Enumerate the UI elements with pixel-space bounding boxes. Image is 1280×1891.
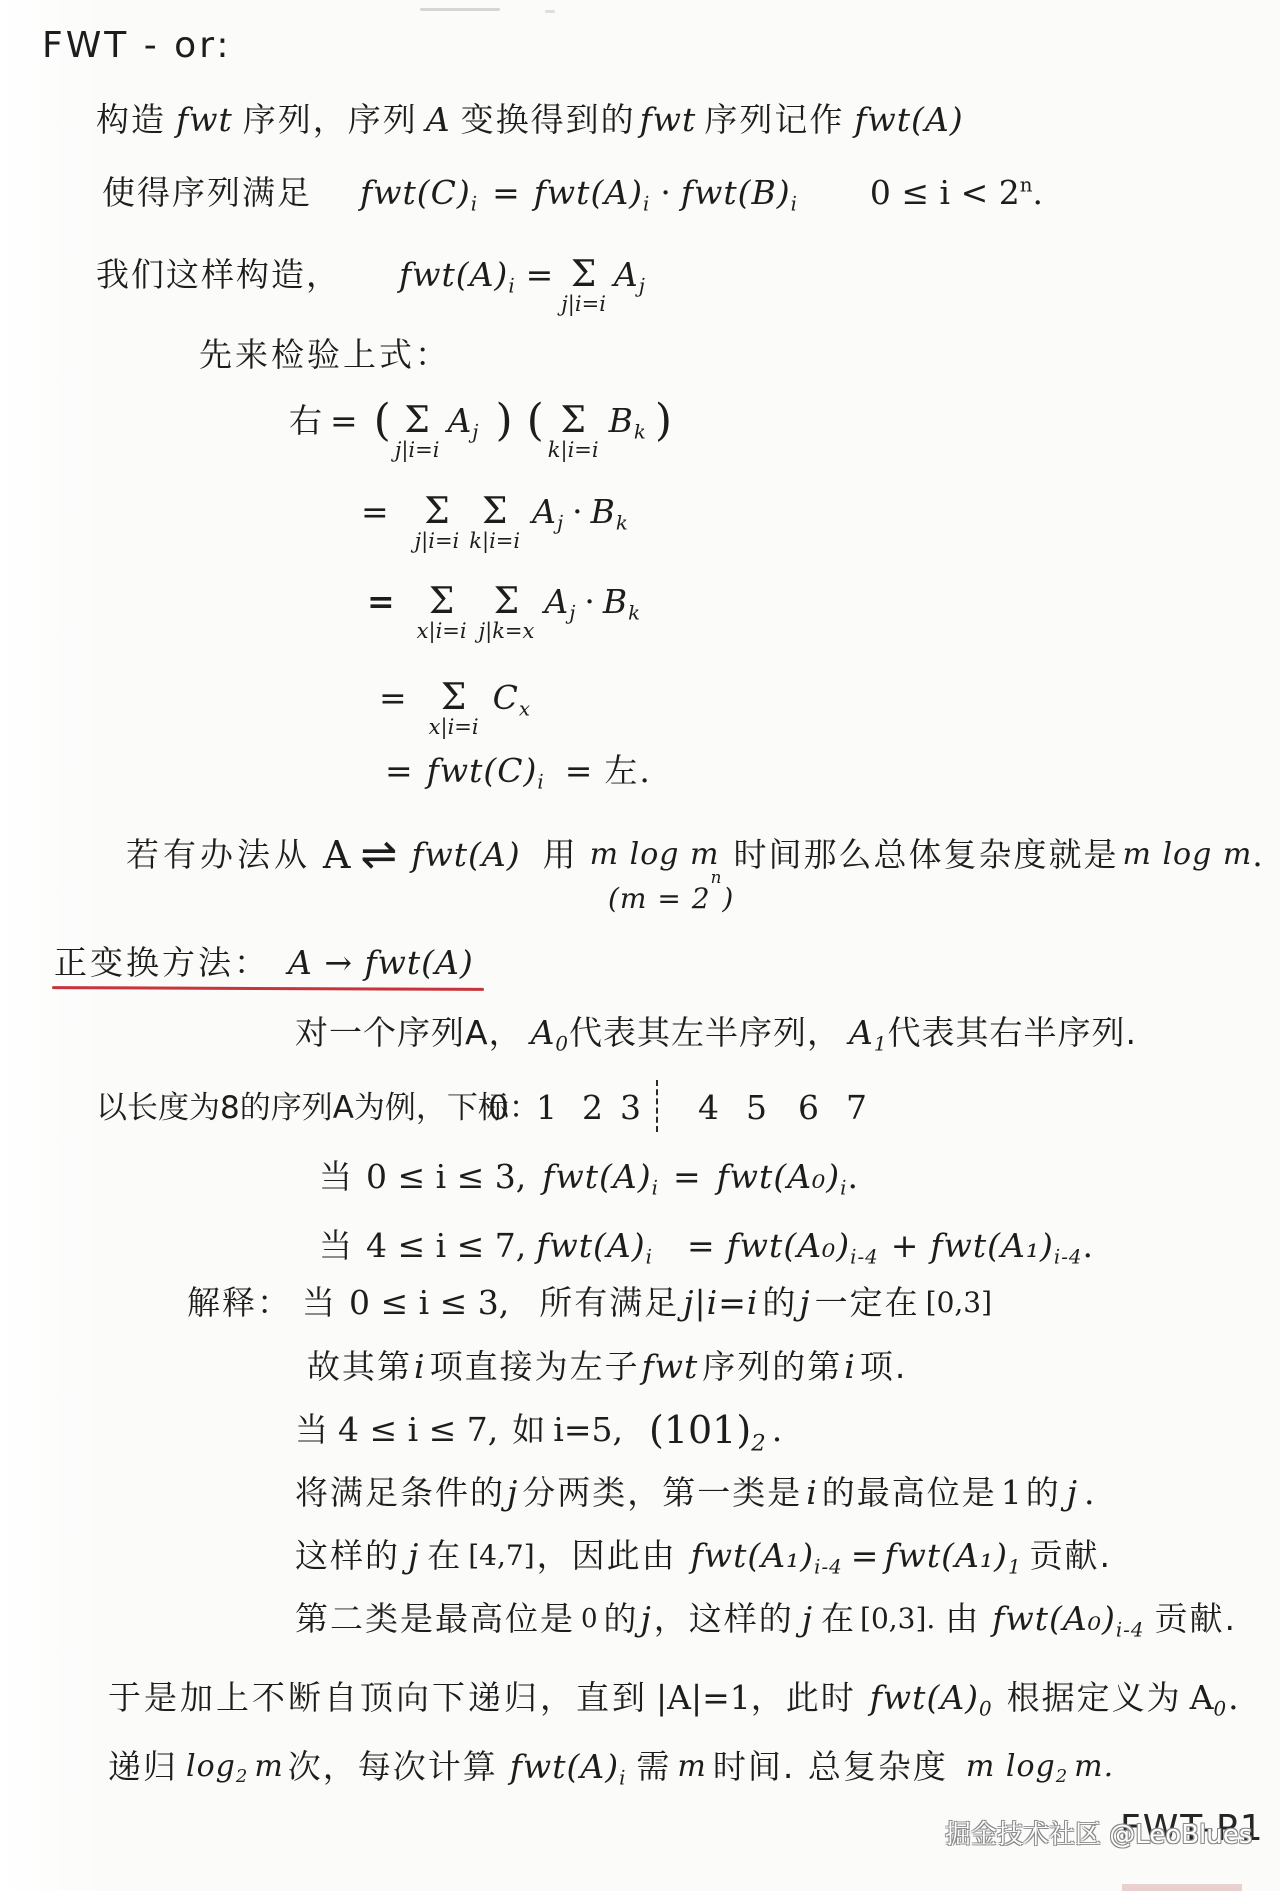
subscript: i <box>619 1766 626 1789</box>
heading-text: 先来检验上式： <box>199 333 451 377</box>
text-segment: 当 <box>295 1408 330 1452</box>
math-segment: fwt(A) <box>411 833 520 877</box>
subscript: 2 <box>751 1430 766 1456</box>
math-segment: m log m <box>590 833 720 877</box>
summation-condition: j|i=i <box>415 530 460 552</box>
sigma-icon: Σ <box>571 253 596 297</box>
math-segment: j <box>802 1597 813 1641</box>
subscript: i <box>646 1245 653 1268</box>
text-segment: 的最高位是 <box>822 1471 997 1515</box>
formula-text: fwt(C) <box>360 173 471 212</box>
text-segment: 用 <box>543 833 578 877</box>
index-label: 2 <box>582 1086 603 1130</box>
subscript: 2 <box>236 1766 248 1787</box>
formula-term: Aj <box>614 253 646 297</box>
math-segment: j|i=i <box>683 1281 758 1325</box>
formula-term: fwt(A)i <box>534 171 651 215</box>
note-text: (m = 2 <box>608 877 711 921</box>
condition: 4 ≤ i ≤ 7, <box>366 1224 526 1268</box>
watermark: 掘金技术社区 @LeoBlues <box>945 1818 1252 1852</box>
formula-text: B <box>603 582 628 621</box>
index-label: 7 <box>846 1086 867 1130</box>
index-label: 5 <box>746 1086 767 1130</box>
summation: Σ k|i=i <box>548 399 599 461</box>
formula-text: A <box>532 492 557 531</box>
formula-text: A <box>614 255 639 294</box>
note-end: ) <box>722 877 734 921</box>
formula-term: fwt(A₁)i-4 <box>930 1224 1082 1268</box>
formula-term: Aj <box>544 580 576 624</box>
text-segment: 序列记作 <box>704 98 844 142</box>
explanation-line-4: 将满足条件的 j 分两类，第一类是 i 的最高位是 1 的 j . <box>295 1471 1095 1515</box>
text-segment: 在 <box>821 1597 856 1641</box>
text-segment: 这样的 <box>295 1534 400 1578</box>
complexity-line: 若有办法从 A ⇌ fwt(A) 用 m log m 时间那么总体复杂度就是 m… <box>126 833 1263 877</box>
text-segment: 在 <box>427 1534 462 1578</box>
text-segment: 分两类，第一类是 <box>522 1471 802 1515</box>
formula-term: fwt(A)i <box>536 1224 653 1268</box>
formula-text: A <box>447 401 472 440</box>
math-segment: A <box>426 98 451 142</box>
formula-term: fwt(A₀)i <box>717 1155 848 1199</box>
explanation-line-3: 当 4 ≤ i ≤ 7, 如 i=5, (101)2 . <box>295 1408 782 1452</box>
math-segment: j <box>408 1534 419 1578</box>
forward-description: 对一个序列A， A0 代表其左半序列， A1 代表其右半序列. <box>295 1011 1137 1055</box>
page-title: FWT - or: <box>42 24 232 68</box>
case-line-2: 当 4 ≤ i ≤ 7, fwt(A)i = fwt(A₀)i-4 + fwt(… <box>319 1224 1093 1268</box>
subscript: 0 <box>555 1032 569 1055</box>
left-side-label: 左 <box>604 749 639 793</box>
formula-text: log <box>186 1749 236 1784</box>
text-segment: ，因此由 <box>537 1534 677 1578</box>
formula-text: B <box>591 492 616 531</box>
formula-text: fwt(A₁) <box>884 1536 1008 1575</box>
subscript: i-4 <box>814 1555 843 1578</box>
text-segment: 代表其左半序列， <box>569 1011 841 1055</box>
heading-text: 正变换方法： <box>54 941 270 985</box>
recursion-line-2: 递归 log2 m 次，每次计算 fwt(A)i 需 m 时间. 总复杂度 m … <box>108 1745 1114 1789</box>
text-segment: 项. <box>860 1345 908 1389</box>
text-segment: 时间那么总体复杂度就是 <box>733 833 1118 877</box>
formula-text: B <box>609 401 634 440</box>
sigma-icon: Σ <box>441 676 466 720</box>
definition-line-2: 使得序列满足 fwt(C)i = fwt(A)i · fwt(B)i 0 ≤ i… <box>102 171 1043 215</box>
formula-text: fwt(A) <box>399 255 508 294</box>
math-segment: [0,3]. <box>860 1597 935 1641</box>
text-segment: 以长度为8的序列A为例，下标： <box>96 1086 540 1130</box>
formula-term: Bk <box>603 580 641 624</box>
subscript: j <box>569 601 576 624</box>
equals-sign: = <box>385 749 413 793</box>
sigma-icon: Σ <box>424 490 449 534</box>
text-segment: 于是加上不断自顶向下递归，直到 <box>108 1676 648 1720</box>
dot-operator: · <box>660 171 671 215</box>
formula-term: Aj <box>532 490 564 534</box>
sigma-icon: Σ <box>560 399 585 443</box>
summation: Σ k|i=i <box>469 490 520 552</box>
proof-step-2: = Σ x|i=i Σ j|k=x Aj · Bk <box>367 580 641 642</box>
text-segment: 序列的第 <box>702 1345 842 1389</box>
summation: Σ j|i=i <box>395 399 440 461</box>
bidirectional-arrow-icon: ⇌ <box>360 833 397 877</box>
subscript: 1 <box>1008 1555 1022 1578</box>
formula-term: A1 <box>849 1011 887 1055</box>
subscript: i <box>652 1176 659 1199</box>
formula-term: fwt(A)0 <box>870 1676 993 1720</box>
subscript: k <box>628 601 641 624</box>
definition-line-1: 构造 fwt 序列，序列 A 变换得到的 fwt 序列记作 fwt(A) <box>96 98 964 142</box>
math-segment: j <box>507 1471 518 1515</box>
paper-smudge <box>420 8 500 11</box>
text-segment: 的 <box>1026 1471 1061 1515</box>
recursion-line-1: 于是加上不断自顶向下递归，直到 |A|=1 ，此时 fwt(A)0 根据定义为 … <box>108 1676 1239 1720</box>
formula-text: A <box>1190 1678 1214 1717</box>
text-segment: 一定在 <box>815 1281 920 1325</box>
formula-text: fwt(A₁) <box>930 1226 1054 1265</box>
subscript: j <box>639 274 646 297</box>
text-segment: 需 <box>636 1745 671 1789</box>
text-segment: ，这样的 <box>654 1597 794 1641</box>
formula-term: fwt(A)i <box>542 1155 659 1199</box>
text-segment: 变换得到的 <box>461 98 636 142</box>
proof-step-1: = Σ j|i=i Σ k|i=i Aj · Bk <box>361 490 629 552</box>
text-segment: 使得序列满足 <box>102 171 312 215</box>
summation-condition: k|i=i <box>548 439 599 461</box>
subscript: i <box>840 1176 847 1199</box>
summation: Σ j|i=i <box>415 490 460 552</box>
formula-text: fwt(B) <box>681 173 791 212</box>
math-segment: m <box>254 1745 283 1789</box>
text-segment: 当 <box>302 1281 337 1325</box>
formula-term: Cx <box>493 676 531 720</box>
subscript: i <box>791 192 798 215</box>
formula-text: fwt(A) <box>536 1226 645 1265</box>
sigma-icon: Σ <box>404 399 429 443</box>
math-segment: |A|=1 <box>656 1676 751 1720</box>
formula-text: fwt(A) <box>870 1678 979 1717</box>
text-segment: 贡献. <box>1030 1534 1113 1578</box>
equals-sign: = <box>379 676 407 720</box>
period: . <box>1228 1676 1239 1720</box>
text-segment: 由 <box>945 1597 980 1641</box>
sigma-icon: Σ <box>429 580 454 624</box>
text-segment: ，此时 <box>751 1676 856 1720</box>
period: . <box>1252 833 1263 877</box>
explanation-line-1: 解释： 当 0 ≤ i ≤ 3, 所有满足 j|i=i 的 j 一定在 [0,3… <box>187 1281 992 1325</box>
formula-term: fwt(C)i <box>360 171 478 215</box>
subscript: i <box>643 192 650 215</box>
math-segment: m <box>677 1745 706 1789</box>
summation: Σ j|i=i <box>561 253 606 315</box>
summation: Σ j|k=x <box>479 580 535 642</box>
example-line: 以长度为8的序列A为例，下标： 0 1 2 3 4 5 6 7 <box>96 1086 896 1130</box>
red-underline <box>52 986 484 991</box>
explanation-label: 解释： <box>187 1281 292 1325</box>
formula-term: log2 <box>186 1745 248 1789</box>
subscript: i <box>471 192 478 215</box>
math-segment: fwt(A) <box>854 98 963 142</box>
subscript: i-4 <box>1054 1245 1083 1268</box>
text-segment: 若有办法从 <box>126 833 311 877</box>
formula-text: A <box>531 1013 556 1052</box>
math-segment: A <box>323 833 350 877</box>
formula-term: fwt(A₁)1 <box>884 1534 1021 1578</box>
equals-sign: = <box>492 171 520 215</box>
range-condition: 0 ≤ i < 2n. <box>870 171 1043 215</box>
formula-text: fwt(A) <box>534 173 643 212</box>
math-segment: i <box>806 1471 818 1515</box>
explanation-line-6: 第二类是最高位是 0 的 j ，这样的 j 在 [0,3]. 由 fwt(A₀)… <box>295 1597 1237 1641</box>
binary-number: (101)2 <box>649 1408 766 1452</box>
subscript: i-4 <box>1116 1618 1145 1641</box>
formula-term: fwt(A₀)i-4 <box>727 1224 879 1268</box>
subscript: i-4 <box>850 1245 879 1268</box>
summation: Σ x|i=i <box>429 676 479 738</box>
formula-term: Bk <box>591 490 629 534</box>
definition-line-3: 我们这样构造， fwt(A)i = Σ j|i=i Aj <box>96 253 646 315</box>
forward-transform-heading: 正变换方法： A → fwt(A) <box>54 941 474 985</box>
index-label: 6 <box>798 1086 819 1130</box>
close-paren: ) <box>655 399 672 443</box>
close-paren: ) <box>495 399 512 443</box>
subscript: j <box>557 511 564 534</box>
heading-formula: A → fwt(A) <box>288 941 474 985</box>
math-segment: j <box>799 1281 810 1325</box>
text-segment: 当 <box>319 1224 354 1268</box>
case-line-1: 当 0 ≤ i ≤ 3, fwt(A)i = fwt(A₀)i . <box>319 1155 858 1199</box>
text-segment: 当 <box>319 1155 354 1199</box>
text-segment: 我们这样构造， <box>96 253 341 297</box>
math-segment: i=5, <box>553 1408 623 1452</box>
formula-term: A0 <box>1190 1676 1226 1720</box>
summation: Σ x|i=i <box>417 580 467 642</box>
proof-step-0: 右 = ( Σ j|i=i Aj ) ( Σ k|i=i Bk ) <box>289 399 672 461</box>
formula-term: fwt(A)i <box>510 1745 627 1789</box>
formula-text: fwt(C) <box>427 751 538 790</box>
subscript: x <box>519 697 531 720</box>
subscript: i <box>537 770 544 793</box>
formula-term: fwt(B)i <box>681 171 798 215</box>
sigma-icon: Σ <box>482 490 507 534</box>
math-segment: [0,3] <box>926 1281 992 1325</box>
open-paren: ( <box>374 399 391 443</box>
superscript: n <box>1020 174 1033 197</box>
formula-text: m log <box>966 1749 1056 1784</box>
formula-text: fwt(A) <box>542 1157 651 1196</box>
math-segment: fwt <box>642 1345 699 1389</box>
subscript: 2 <box>1056 1766 1068 1787</box>
equals-sign: = <box>851 1534 879 1578</box>
right-side-label: 右 <box>289 399 324 443</box>
text-segment: 如 <box>512 1408 547 1452</box>
plus-sign: + <box>891 1224 919 1268</box>
formula-term: fwt(C)i <box>427 749 545 793</box>
summation-condition: j|i=i <box>561 293 606 315</box>
subscript: k <box>634 420 647 443</box>
period: . <box>1084 1471 1095 1515</box>
paper-smudge <box>545 10 555 13</box>
dot-operator: · <box>572 490 583 534</box>
equals-sign: = <box>673 1155 701 1199</box>
summation-condition: j|k=x <box>479 620 535 642</box>
formula-text: C <box>493 678 519 717</box>
formula-term: Bk <box>609 399 647 443</box>
text-segment: 将满足条件的 <box>295 1471 505 1515</box>
text-segment: 序列，序列 <box>243 98 418 142</box>
text-segment: 递归 <box>108 1745 178 1789</box>
formula-term: fwt(A₀)i-4 <box>992 1597 1144 1641</box>
period: . <box>847 1155 858 1199</box>
sigma-icon: Σ <box>494 580 519 624</box>
math-segment: fwt <box>176 98 233 142</box>
math-segment: fwt <box>640 98 697 142</box>
summation-condition: k|i=i <box>469 530 520 552</box>
subscript: j <box>472 420 479 443</box>
equals-sign: = <box>330 399 358 443</box>
subscript: k <box>616 511 629 534</box>
math-seg: j <box>641 1597 652 1641</box>
summation-condition: j|i=i <box>395 439 440 461</box>
text-segment: 代表其右半序列. <box>887 1011 1137 1055</box>
dashed-divider <box>656 1080 658 1132</box>
equals-sign: = <box>687 1224 715 1268</box>
range-text: 0 ≤ i < 2 <box>870 173 1020 212</box>
binary-digits: (101) <box>649 1408 751 1452</box>
math-segment: 1 <box>1001 1471 1022 1515</box>
condition: 4 ≤ i ≤ 7, <box>338 1408 498 1452</box>
text-segment: 对一个序列A， <box>295 1011 523 1055</box>
math-segment: 0 <box>581 1597 598 1641</box>
formula-term: m log2 <box>966 1745 1068 1789</box>
subscript: i <box>508 274 515 297</box>
period: . <box>772 1408 783 1452</box>
text-segment: 项直接为左子 <box>430 1345 640 1389</box>
proof-step-4: = fwt(C)i = 左 . <box>385 749 650 793</box>
formula-text: fwt(A₁) <box>691 1536 815 1575</box>
equals-sign: = <box>367 580 395 624</box>
text-segment: 时间. 总复杂度 <box>713 1745 948 1789</box>
text-segment: 构造 <box>96 98 166 142</box>
formula-text: fwt(A₀) <box>727 1226 851 1265</box>
index-label: 4 <box>698 1086 719 1130</box>
subscript: 1 <box>874 1032 888 1055</box>
explanation-line-2: 故其第 i 项直接为左子 fwt 序列的第 i 项. <box>307 1345 907 1389</box>
math-segment: m log m <box>1122 833 1252 877</box>
open-paren: ( <box>527 399 544 443</box>
text-segment: 所有满足 <box>539 1281 679 1325</box>
dot-operator: · <box>584 580 595 624</box>
summation-condition: x|i=i <box>429 716 479 738</box>
math-segment: m. <box>1074 1745 1114 1789</box>
period: . <box>639 749 650 793</box>
equals-sign: = <box>526 253 554 297</box>
condition: 0 ≤ i ≤ 3, <box>349 1281 509 1325</box>
formula-text: A <box>849 1013 874 1052</box>
summation-condition: x|i=i <box>417 620 467 642</box>
text-segment: 故其第 <box>307 1345 412 1389</box>
math-segment: j <box>1067 1471 1078 1515</box>
text-segment: 次，每次计算 <box>288 1745 498 1789</box>
math-segment: i <box>414 1345 426 1389</box>
edge-mark <box>1122 1884 1242 1891</box>
index-label: 0 <box>488 1086 509 1130</box>
index-label: 3 <box>620 1086 641 1130</box>
index-label: 1 <box>536 1086 557 1130</box>
text-segment: 的 <box>604 1597 639 1641</box>
formula-text: fwt(A) <box>510 1747 619 1786</box>
formula-text: fwt(A₀) <box>992 1599 1116 1638</box>
formula-text: fwt(A₀) <box>717 1157 841 1196</box>
formula-term: fwt(A₁)i-4 <box>691 1534 843 1578</box>
text-segment: 根据定义为 <box>1007 1676 1182 1720</box>
text-segment: 的 <box>762 1281 797 1325</box>
subscript: 0 <box>979 1697 993 1720</box>
subscript: 0 <box>1213 1697 1226 1720</box>
math-segment: [4,7] <box>468 1534 534 1578</box>
explanation-line-5: 这样的 j 在 [4,7] ，因此由 fwt(A₁)i-4 = fwt(A₁)1… <box>295 1534 1112 1578</box>
formula-term: A0 <box>531 1011 569 1055</box>
period: . <box>1083 1224 1094 1268</box>
formula-text: A <box>544 582 569 621</box>
condition: 0 ≤ i ≤ 3, <box>366 1155 526 1199</box>
text-segment: 第二类是最高位是 <box>295 1597 575 1641</box>
proof-step-3: = Σ x|i=i Cx <box>379 676 531 738</box>
math-segment: i <box>844 1345 856 1389</box>
complexity-note: (m = 2n) <box>608 877 734 921</box>
equals-sign: = <box>361 490 389 534</box>
formula-term: fwt(A)i <box>399 253 516 297</box>
verification-heading: 先来检验上式： <box>199 333 451 377</box>
text-segment: 贡献. <box>1154 1597 1237 1641</box>
equals-sign: = <box>565 749 593 793</box>
range-end: . <box>1032 173 1043 212</box>
formula-term: Aj <box>447 399 479 443</box>
